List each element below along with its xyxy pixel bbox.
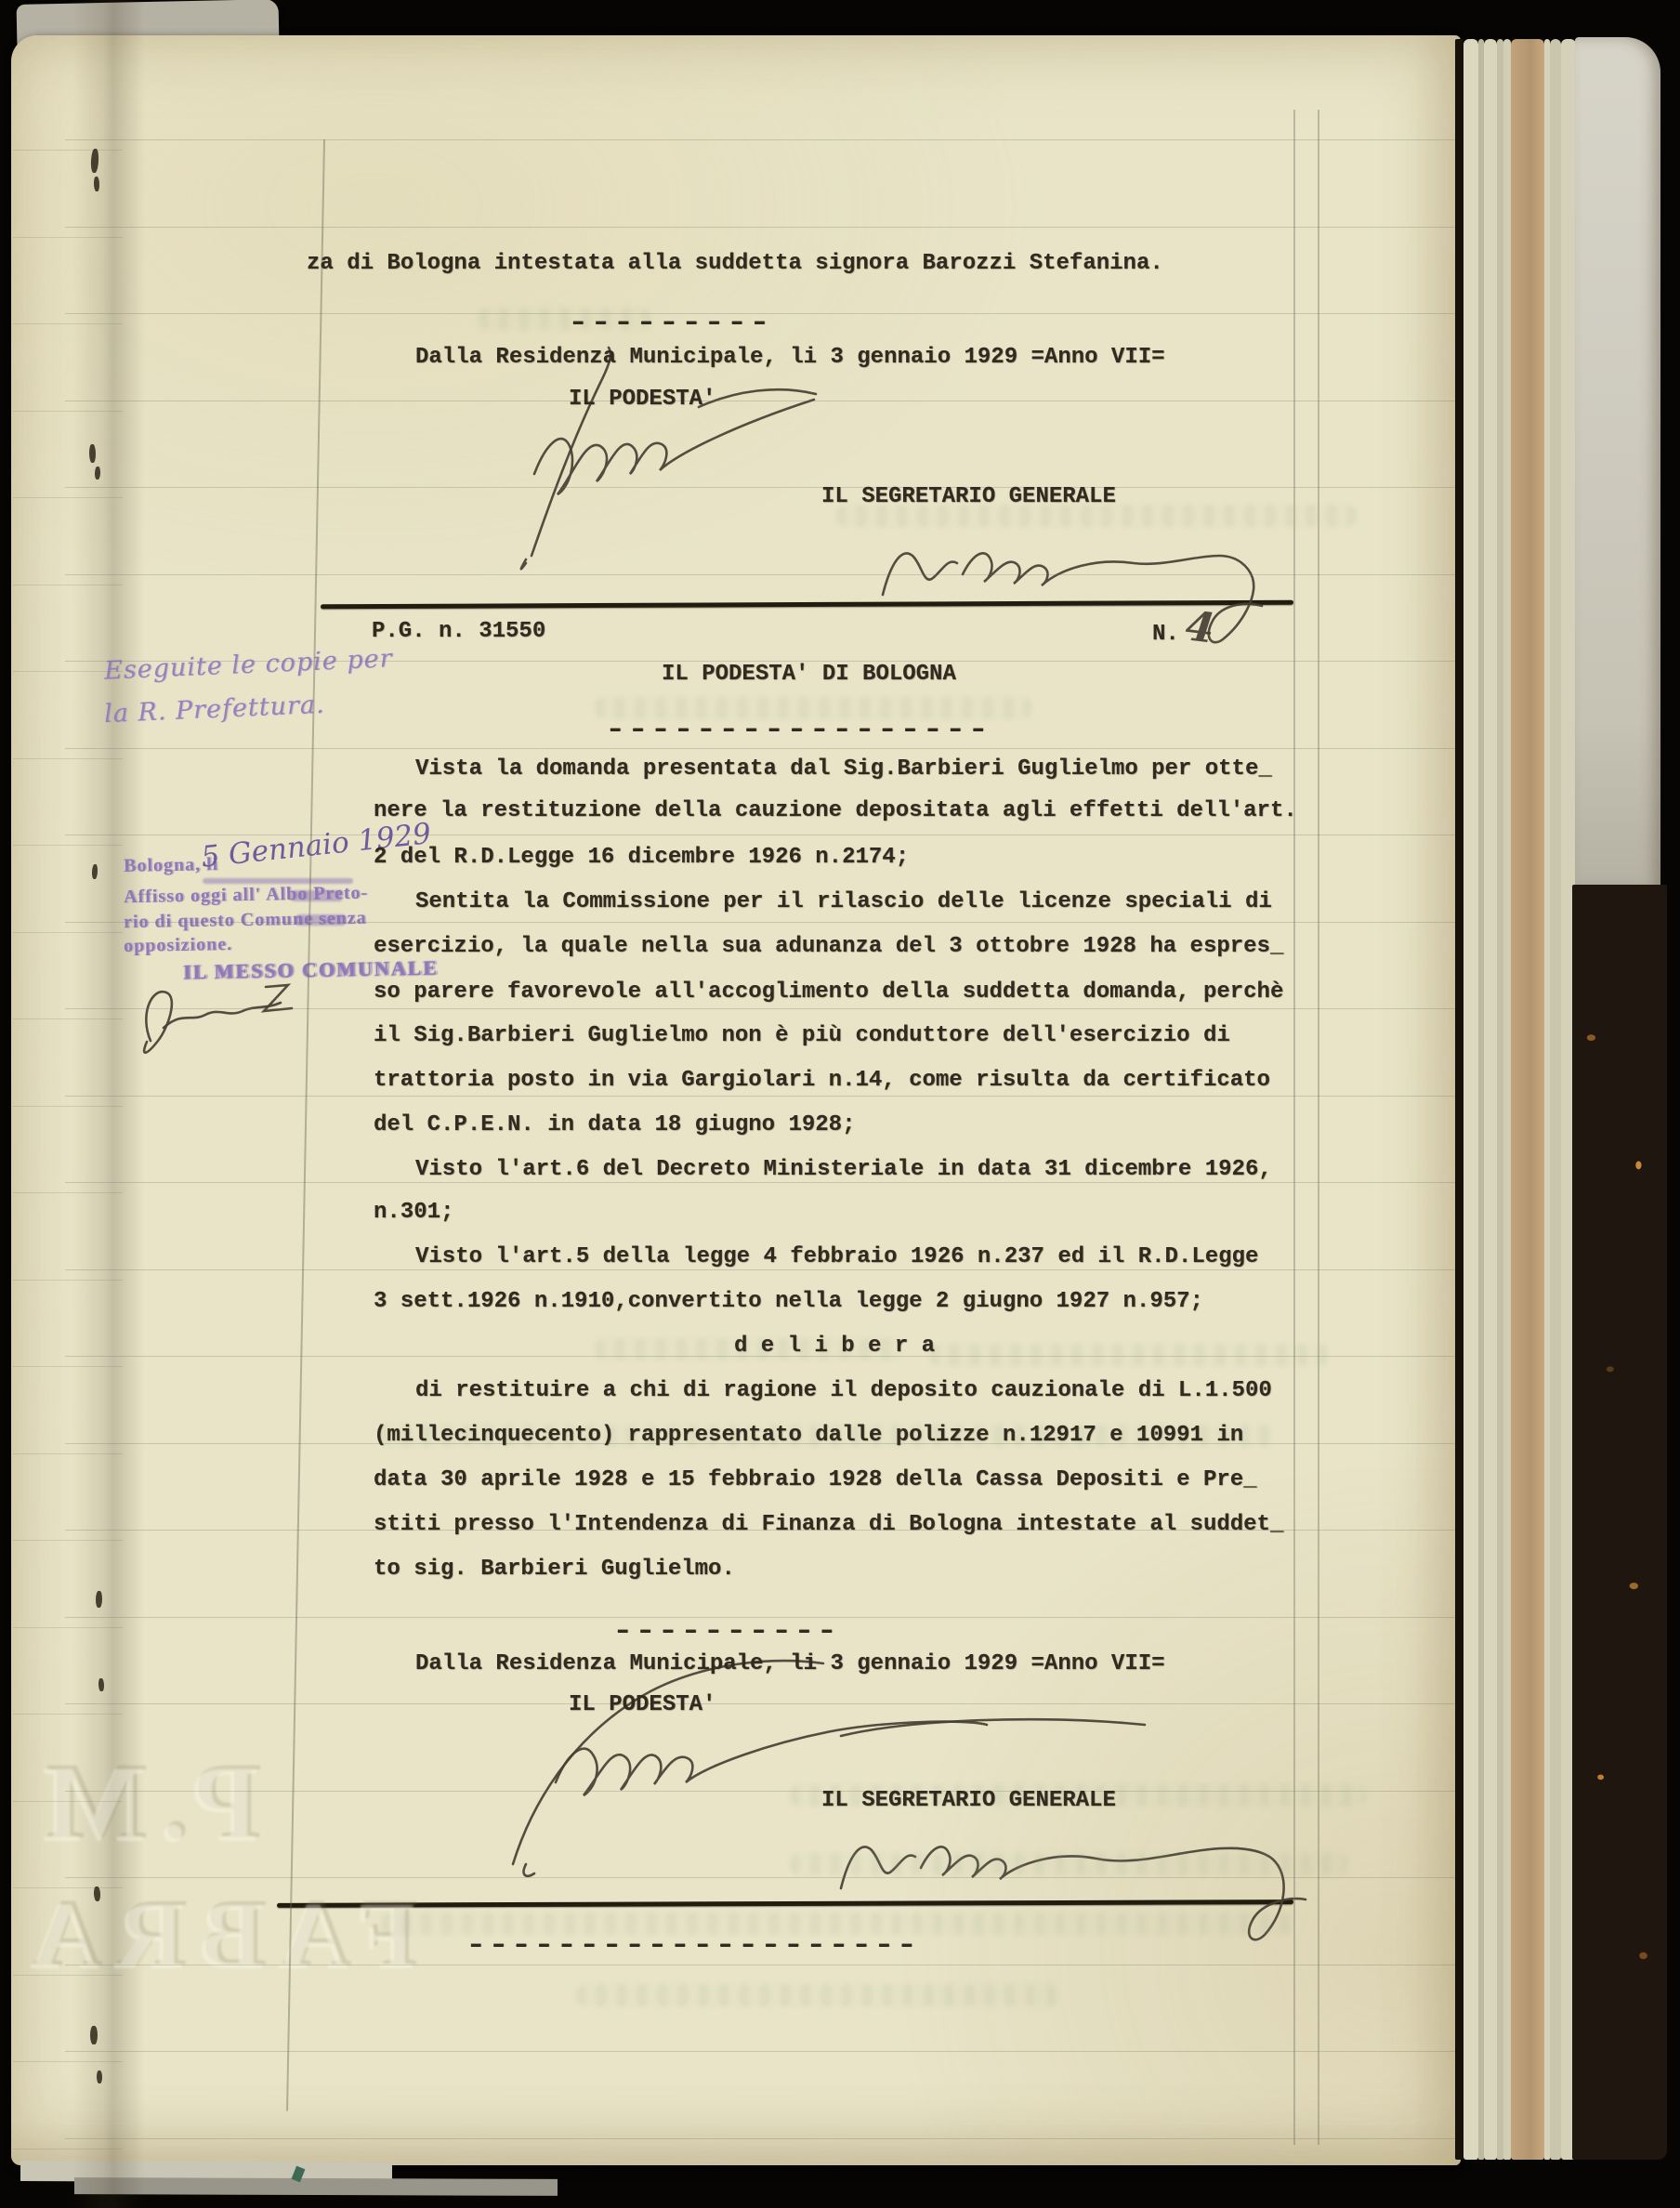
ruled-line-margin: [13, 1106, 123, 1107]
page-edge: [1503, 39, 1511, 2160]
vellum-cover-edge: [1575, 37, 1660, 890]
typed-line: za di Bologna intestata alla suddetta si…: [307, 253, 1163, 275]
typed-line: data 30 aprile 1928 e 15 febbraio 1928 d…: [374, 1469, 1257, 1492]
ruled-line: [65, 1877, 1455, 1878]
ruled-line-margin: [13, 1366, 123, 1367]
typed-line: il Sig.Barbieri Guglielmo non è più cond…: [374, 1025, 1230, 1047]
ruled-line-margin: [13, 237, 123, 238]
watermark-embossed-pm: P.M: [28, 1740, 260, 1866]
typed-line: stiti presso l'Intendenza di Finanza di …: [374, 1514, 1283, 1536]
typed-line: IL PODESTA' DI BOLOGNA: [662, 664, 956, 686]
typed-line: di restituire a chi di ragione il deposi…: [415, 1380, 1272, 1402]
ruled-line: [65, 487, 1455, 488]
right-rule-2: [1318, 110, 1319, 2145]
typed-dashed-separator: –––––––––: [571, 312, 776, 335]
ruled-line-margin: [13, 2149, 123, 2149]
typed-line: Visto l'art.5 della legge 4 febbraio 192…: [415, 1246, 1258, 1268]
stitch-hole: [96, 1591, 102, 1608]
ruled-line-margin: [13, 1975, 123, 1976]
typed-line: IL SEGRETARIO GENERALE: [821, 486, 1116, 508]
typed-line: nere la restituzione della cauzione depo…: [374, 800, 1297, 822]
ruled-line: [65, 139, 1455, 140]
stitch-hole: [90, 2026, 98, 2044]
bleed-through-text: [929, 1344, 1329, 1366]
ruled-line: [65, 1965, 1455, 1965]
ruled-line-margin: [13, 1714, 123, 1715]
typed-line: Dalla Residenza Municipale, li 3 gennaio…: [415, 347, 1165, 369]
typed-line: IL PODESTA': [569, 1694, 715, 1716]
stamp-smear: [291, 890, 343, 901]
typed-line: IL PODESTA': [569, 388, 715, 411]
bleed-through-text: [790, 1853, 1347, 1875]
typed-line: so parere favorevole all'accoglimento de…: [374, 981, 1283, 1004]
typed-dashed-separator: ––––––––––––––––––––: [469, 1935, 923, 1957]
typed-line: trattoria posto in via Gargiolari n.14, …: [374, 1070, 1270, 1092]
under-page-edge: [74, 2177, 558, 2196]
typed-line: N.: [1152, 624, 1179, 646]
bleed-through-text: [576, 1984, 1059, 2006]
stamp-smear: [295, 914, 346, 926]
ruled-line: [65, 748, 1455, 749]
right-rule-1: [1293, 110, 1295, 2145]
ruled-line-margin: [13, 1627, 123, 1628]
ruled-line-margin: [13, 1280, 123, 1281]
ruled-line-margin: [13, 150, 123, 151]
ruled-line-margin: [13, 2061, 123, 2062]
typed-dashed-separator: ––––––––––: [616, 1621, 843, 1643]
page-edge: [1550, 39, 1561, 2160]
book-scan: Eseguite le copie per la R. Prefettura. …: [0, 0, 1680, 2208]
typed-line: Dalla Residenza Municipale, li 3 gennaio…: [415, 1653, 1165, 1676]
typed-line: (millecinquecento) rappresentato dalle p…: [374, 1425, 1243, 1447]
marbled-cover-edge: [1572, 885, 1667, 2160]
bleed-through-text: [595, 697, 1031, 719]
ruled-line: [65, 922, 1455, 923]
ruled-line-margin: [13, 758, 123, 759]
typed-line: d e l i b e r a: [734, 1335, 935, 1358]
stamp-albo-line4: opposizione.: [124, 934, 232, 957]
ruled-line-margin: [13, 1540, 123, 1541]
typed-line: 3 sett.1926 n.1910,convertito nella legg…: [374, 1291, 1203, 1313]
ruled-line-margin: [13, 671, 123, 672]
ruled-line: [65, 1617, 1455, 1618]
typed-dashed-separator: –––––––––––––––––: [609, 719, 994, 742]
typed-line: IL SEGRETARIO GENERALE: [821, 1790, 1116, 1812]
ruled-line-margin: [13, 1887, 123, 1888]
ruled-line-margin: [13, 411, 123, 412]
bleed-through-text: [381, 1912, 1292, 1935]
ruled-line-margin: [13, 1801, 123, 1802]
page-gap-shadow: [1455, 39, 1463, 2160]
typed-line: 2 del R.D.Legge 16 dicembre 1926 n.2174;: [374, 847, 909, 869]
ruled-line-margin: [13, 585, 123, 585]
typed-line: P.G. n. 31550: [372, 621, 545, 643]
page-edge-tan: [1511, 39, 1544, 2160]
ruled-line: [65, 2138, 1455, 2139]
ruled-line-margin: [13, 497, 123, 498]
ruled-line-margin: [13, 1192, 123, 1193]
ruled-line-margin: [13, 932, 123, 933]
typed-line: Vista la domanda presentata dal Sig.Barb…: [415, 758, 1272, 781]
page-edge: [1484, 39, 1497, 2160]
typed-line: esercizio, la quale nella sua adunanza d…: [374, 936, 1283, 958]
ruled-line: [65, 1096, 1455, 1097]
stitch-hole: [97, 2070, 102, 2083]
ruled-line: [65, 401, 1455, 401]
page-edge: [1463, 39, 1478, 2160]
typed-line: Visto l'art.6 del Decreto Ministeriale i…: [415, 1159, 1272, 1181]
stitch-hole: [89, 444, 96, 463]
ruled-line-margin: [13, 1453, 123, 1454]
stitch-hole: [94, 1886, 101, 1901]
ruled-line: [65, 1703, 1455, 1704]
page-edge: [1497, 39, 1503, 2160]
watermark-embossed-fabra: FABRA: [17, 1879, 417, 1990]
ruled-line: [65, 2051, 1455, 2052]
ruled-line-margin: [13, 845, 123, 846]
stitch-hole: [98, 1678, 105, 1691]
ruled-line: [65, 1008, 1455, 1009]
ruled-line: [65, 1182, 1455, 1183]
stitch-hole: [94, 177, 100, 191]
typed-line: del C.P.E.N. in data 18 giugno 1928;: [374, 1114, 855, 1137]
ruled-line: [65, 574, 1455, 575]
ruled-line-margin: [13, 323, 123, 324]
handwritten-number: 4: [1183, 602, 1217, 652]
typed-line: to sig. Barbieri Guglielmo.: [374, 1558, 735, 1581]
ruled-line: [65, 227, 1455, 228]
typed-line: Sentita la Commissione per il rilascio d…: [415, 891, 1272, 913]
typed-line: n.301;: [374, 1202, 453, 1224]
ruled-line: [65, 835, 1455, 835]
ruled-line-margin: [13, 1019, 123, 1019]
